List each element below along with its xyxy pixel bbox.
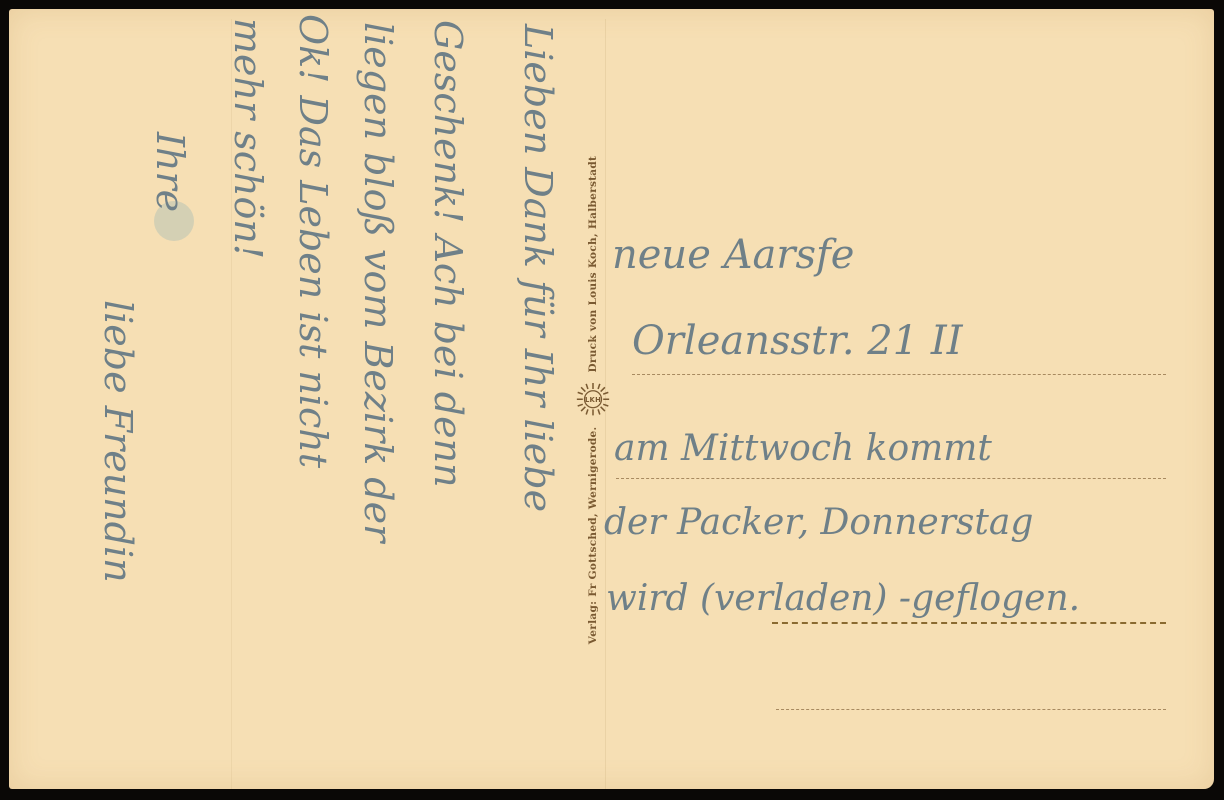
address-line-1 xyxy=(632,374,1166,375)
publisher-text: Verlag: Fr Gottsched, Wernigerode. xyxy=(587,427,599,645)
address-line-3 xyxy=(772,622,1166,624)
svg-text:LKH: LKH xyxy=(585,397,601,405)
message-column: mehr schön! xyxy=(226,18,270,259)
message-column: liebe Freundin xyxy=(96,300,140,583)
sun-logo-icon: LKH xyxy=(576,383,610,417)
message-column: Lieben Dank für Ihr liebe xyxy=(516,24,560,512)
address-line-2 xyxy=(616,478,1166,479)
message-column: Ihre xyxy=(148,132,192,212)
printer-text: Druck von Louis Koch, Halberstadt xyxy=(587,156,599,373)
publisher-imprint: Verlag: Fr Gottsched, Wernigerode. LKH D… xyxy=(578,80,608,720)
address-line-text: neue Aarsfe xyxy=(612,232,854,278)
postcard-back xyxy=(9,9,1214,789)
address-line-text: Orleansstr. 21 II xyxy=(632,318,963,364)
address-line-text: wird (verladen) -geflogen. xyxy=(606,578,1080,619)
address-line-text: der Packer, Donnerstag xyxy=(604,502,1033,543)
message-column: liegen bloß vom Bezirk der xyxy=(356,22,400,542)
address-line-4 xyxy=(776,709,1166,710)
message-column: Ok! Das Leben ist nicht xyxy=(291,14,335,468)
message-column: Geschenk! Ach bei denn xyxy=(426,20,470,488)
address-line-text: am Mittwoch kommt xyxy=(614,428,992,469)
